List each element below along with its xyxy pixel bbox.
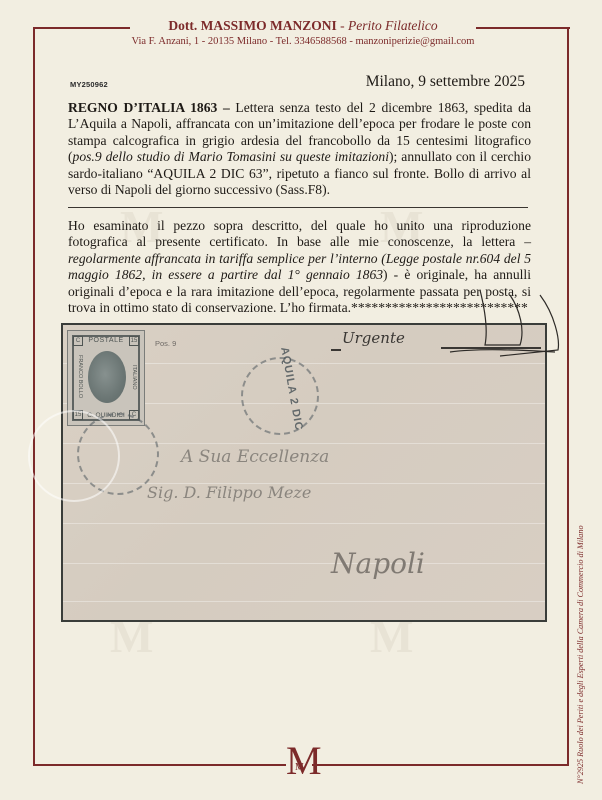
- opinion-text: Ho esaminato il pezzo sopra descritto, d…: [68, 218, 531, 249]
- expert-role: Perito Filatelico: [348, 18, 438, 33]
- signature-mark: [440, 290, 570, 370]
- handwriting-city: Napoli: [331, 547, 425, 580]
- letterhead: Dott. MASSIMO MANZONI - Perito Filatelic…: [130, 18, 476, 48]
- position-note: Pos. 9: [155, 339, 176, 348]
- pen-stroke: [331, 349, 341, 351]
- description-heading: REGNO D’ITALIA 1863 –: [68, 100, 230, 115]
- frame-border-left: [33, 27, 35, 766]
- frame-border-top: [476, 27, 570, 29]
- certificate-page: M M M M Dott. MASSIMO MANZONI - Perito F…: [0, 0, 602, 800]
- stamp-right-label: ITALIANO: [129, 353, 137, 401]
- frame-border-right: [567, 27, 569, 766]
- frame-border-top: [34, 27, 130, 29]
- handwriting-address-line: Sig. D. Filippo Meze: [147, 483, 311, 502]
- description-italic: pos.9 dello studio di Mario Tomasini su …: [73, 149, 389, 164]
- cancellation-postmark: [241, 357, 319, 435]
- section-divider: [68, 207, 528, 208]
- handwriting-urgent: Urgente: [342, 329, 405, 347]
- stamp-left-label: FRANCO BOLLO: [75, 353, 83, 401]
- expert-surname: MASSIMO MANZONI: [201, 18, 337, 33]
- monogram-letter: M: [286, 738, 322, 783]
- separator: -: [337, 18, 348, 33]
- expert-name: Dott. MASSIMO MANZONI - Perito Filatelic…: [130, 18, 476, 34]
- monogram-small-letter: M: [295, 763, 304, 773]
- frame-border-bottom: [33, 764, 286, 766]
- handwriting-address-line: A Sua Eccellenza: [181, 447, 329, 467]
- stamp-top-label: POSTALE: [80, 337, 132, 344]
- title-prefix: Dott.: [168, 18, 197, 33]
- item-description: REGNO D’ITALIA 1863 – Lettera senza test…: [68, 100, 531, 198]
- contact-address: Via F. Anzani, 1 - 20135 Milano - Tel. 3…: [130, 35, 476, 48]
- place-date: Milano, 9 settembre 2025: [366, 73, 525, 91]
- monogram-logo: M M: [286, 740, 312, 782]
- frame-border-bottom: [312, 764, 569, 766]
- postage-stamp: C 15 15 C POSTALE C. QUINDICI FRANCO BOL…: [67, 330, 145, 426]
- registry-note: N°2925 Ruolo dei Periti e degli Esperti …: [576, 525, 585, 784]
- king-portrait-icon: [88, 351, 126, 403]
- certificate-reference: MY250962: [70, 80, 108, 89]
